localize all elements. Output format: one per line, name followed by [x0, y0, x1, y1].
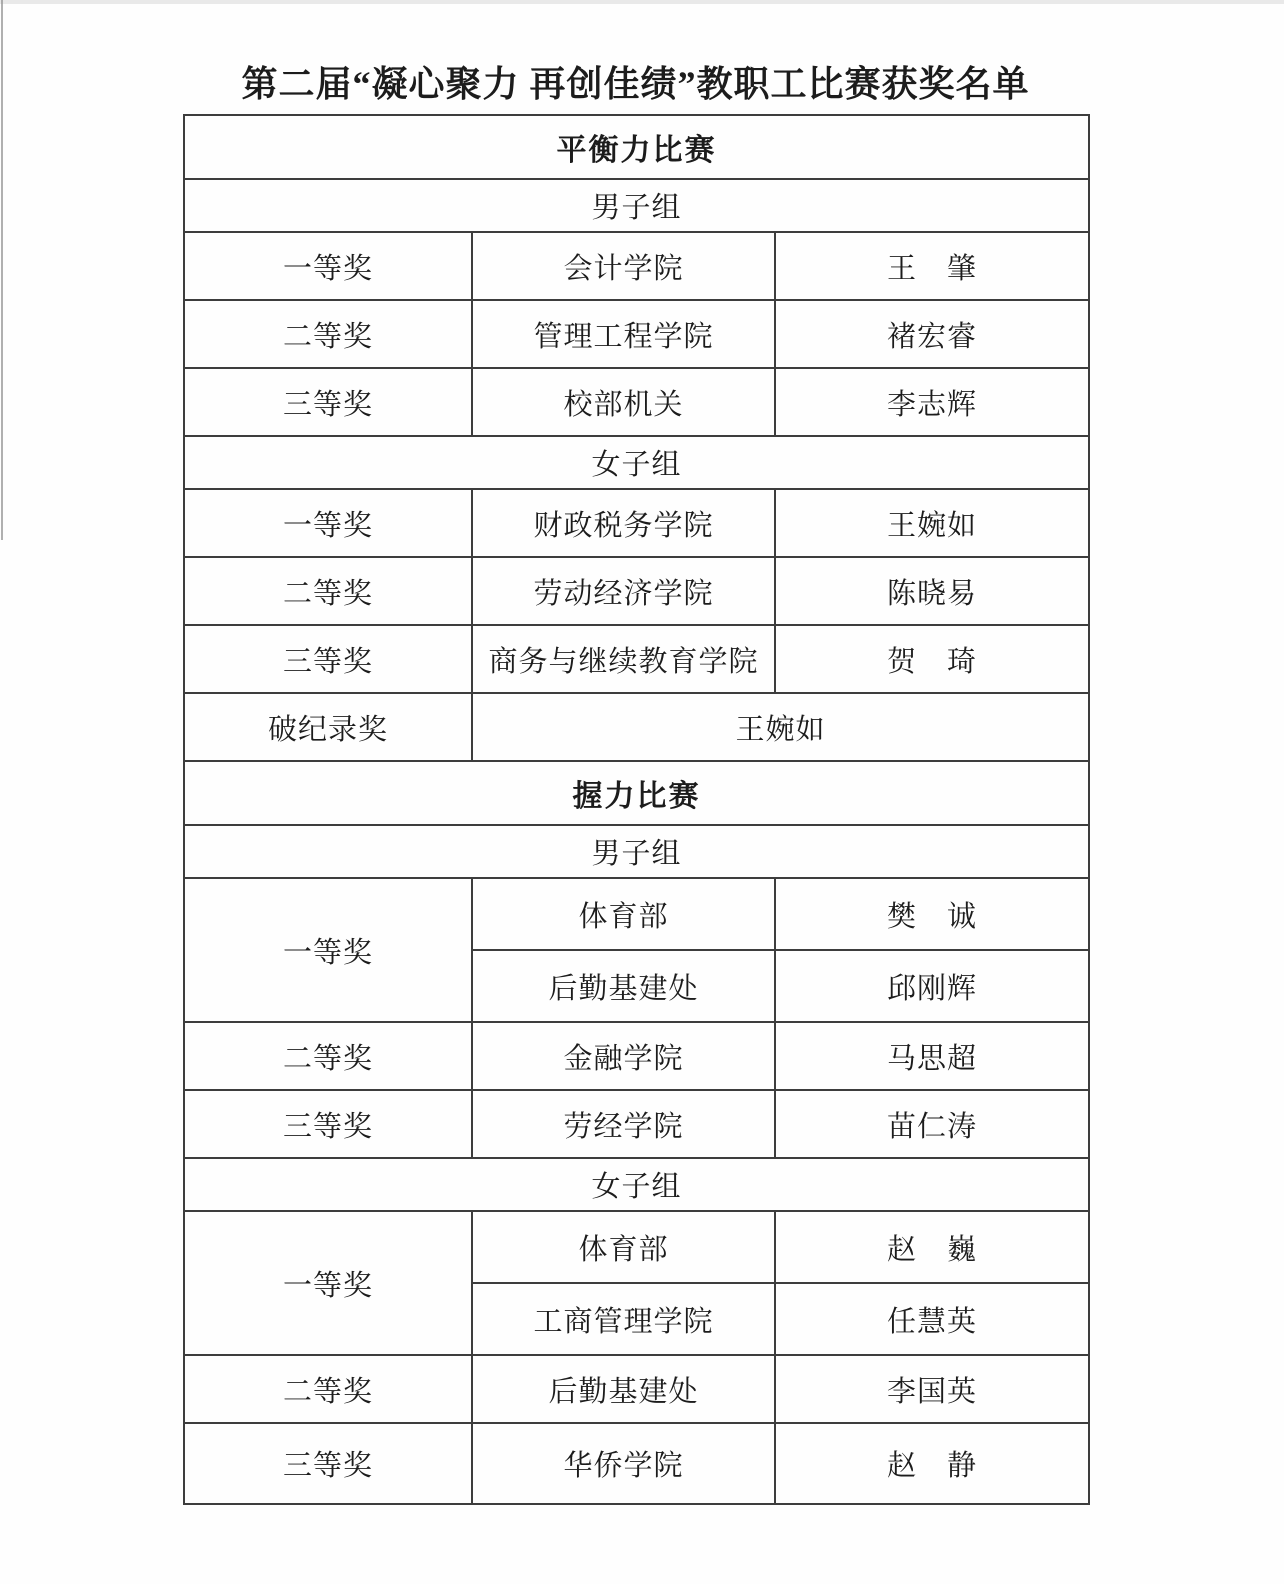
table-row-group: 男子组: [184, 179, 1089, 232]
record-person-cell: 王婉如: [472, 693, 1089, 761]
person-cell: 王 肇: [775, 232, 1089, 300]
person-cell: 苗仁涛: [775, 1090, 1089, 1158]
section-header-balance: 平衡力比赛: [184, 115, 1089, 179]
unit-cell: 金融学院: [472, 1022, 775, 1090]
table-row-record: 破纪录奖 王婉如: [184, 693, 1089, 761]
page-title: 第二届“凝心聚力 再创佳绩”教职工比赛获奖名单: [183, 0, 1088, 114]
table-row: 二等奖 金融学院 马思超: [184, 1022, 1089, 1090]
table-row: 三等奖 校部机关 李志辉: [184, 368, 1089, 436]
person-cell: 马思超: [775, 1022, 1089, 1090]
table-row: 三等奖 商务与继续教育学院 贺 琦: [184, 625, 1089, 693]
group-header-men: 男子组: [184, 179, 1089, 232]
person-cell: 任慧英: [775, 1283, 1089, 1355]
scan-left-edge: [1, 0, 3, 540]
table-row-section: 平衡力比赛: [184, 115, 1089, 179]
unit-cell: 劳动经济学院: [472, 557, 775, 625]
unit-cell: 后勤基建处: [472, 1355, 775, 1423]
unit-cell: 劳经学院: [472, 1090, 775, 1158]
table-row-group: 女子组: [184, 436, 1089, 489]
table-row: 一等奖 会计学院 王 肇: [184, 232, 1089, 300]
award-cell: 二等奖: [184, 1022, 472, 1090]
award-cell: 三等奖: [184, 1090, 472, 1158]
table-row: 二等奖 劳动经济学院 陈晓易: [184, 557, 1089, 625]
person-cell: 赵 巍: [775, 1211, 1089, 1283]
award-cell: 一等奖: [184, 1211, 472, 1355]
awards-table: 平衡力比赛 男子组 一等奖 会计学院 王 肇 二等奖 管理工程学院 褚宏睿 三等…: [183, 114, 1090, 1505]
award-cell: 二等奖: [184, 300, 472, 368]
table-row: 二等奖 管理工程学院 褚宏睿: [184, 300, 1089, 368]
document-page: 第二届“凝心聚力 再创佳绩”教职工比赛获奖名单 平衡力比赛 男子组 一等奖 会计…: [0, 0, 1284, 1584]
person-cell: 褚宏睿: [775, 300, 1089, 368]
table-row: 一等奖 财政税务学院 王婉如: [184, 489, 1089, 557]
award-cell: 二等奖: [184, 1355, 472, 1423]
person-cell: 贺 琦: [775, 625, 1089, 693]
unit-cell: 华侨学院: [472, 1423, 775, 1504]
table-row: 二等奖 后勤基建处 李国英: [184, 1355, 1089, 1423]
table-row: 一等奖 体育部 赵 巍: [184, 1211, 1089, 1283]
award-cell: 一等奖: [184, 878, 472, 1022]
unit-cell: 校部机关: [472, 368, 775, 436]
person-cell: 王婉如: [775, 489, 1089, 557]
unit-cell: 会计学院: [472, 232, 775, 300]
award-cell: 二等奖: [184, 557, 472, 625]
award-cell: 三等奖: [184, 625, 472, 693]
document-body: 第二届“凝心聚力 再创佳绩”教职工比赛获奖名单 平衡力比赛 男子组 一等奖 会计…: [183, 0, 1088, 1505]
section-header-grip: 握力比赛: [184, 761, 1089, 825]
table-row: 一等奖 体育部 樊 诚: [184, 878, 1089, 950]
award-cell: 三等奖: [184, 1423, 472, 1504]
group-header-women: 女子组: [184, 436, 1089, 489]
person-cell: 樊 诚: [775, 878, 1089, 950]
table-row: 三等奖 劳经学院 苗仁涛: [184, 1090, 1089, 1158]
person-cell: 邱刚辉: [775, 950, 1089, 1022]
group-header-women: 女子组: [184, 1158, 1089, 1211]
group-header-men: 男子组: [184, 825, 1089, 878]
unit-cell: 财政税务学院: [472, 489, 775, 557]
person-cell: 赵 静: [775, 1423, 1089, 1504]
person-cell: 李国英: [775, 1355, 1089, 1423]
award-cell: 三等奖: [184, 368, 472, 436]
table-row-group: 女子组: [184, 1158, 1089, 1211]
award-cell: 一等奖: [184, 232, 472, 300]
table-row-group: 男子组: [184, 825, 1089, 878]
person-cell: 李志辉: [775, 368, 1089, 436]
unit-cell: 体育部: [472, 1211, 775, 1283]
unit-cell: 商务与继续教育学院: [472, 625, 775, 693]
unit-cell: 后勤基建处: [472, 950, 775, 1022]
table-row: 三等奖 华侨学院 赵 静: [184, 1423, 1089, 1504]
award-cell: 一等奖: [184, 489, 472, 557]
table-row-section: 握力比赛: [184, 761, 1089, 825]
unit-cell: 体育部: [472, 878, 775, 950]
unit-cell: 工商管理学院: [472, 1283, 775, 1355]
person-cell: 陈晓易: [775, 557, 1089, 625]
record-award-cell: 破纪录奖: [184, 693, 472, 761]
unit-cell: 管理工程学院: [472, 300, 775, 368]
